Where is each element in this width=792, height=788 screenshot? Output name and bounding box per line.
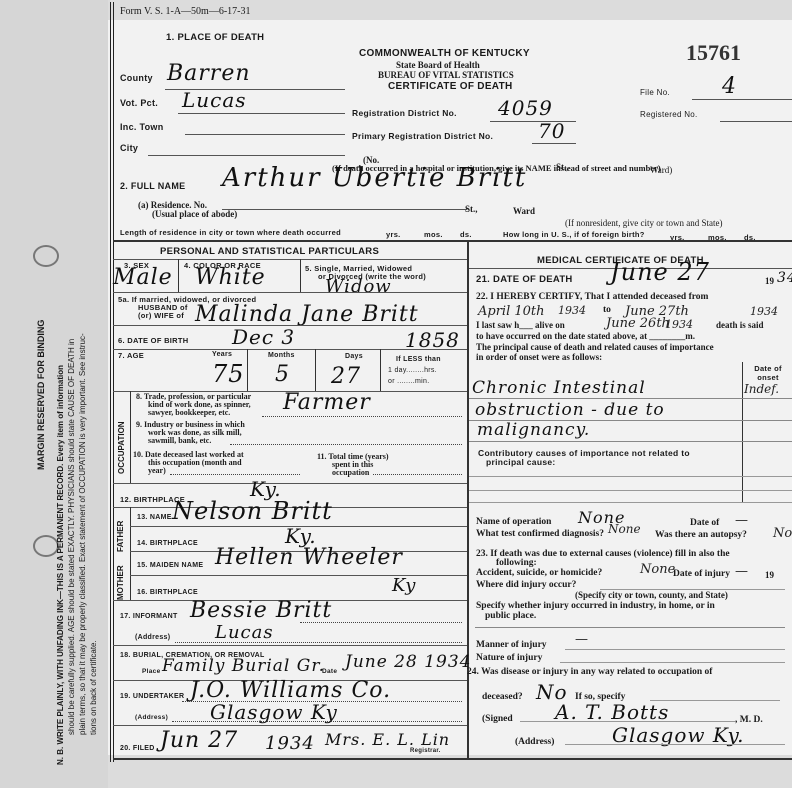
binding-margin-label: MARGIN RESERVED FOR BINDING xyxy=(36,320,46,470)
form-left-border-inner xyxy=(113,2,114,762)
industry-field[interactable] xyxy=(230,444,462,445)
instructions-line-1: N. B. WRITE PLAINLY, WITH UNFADING INK—T… xyxy=(56,365,65,765)
place-of-death-title: 1. PLACE OF DEATH xyxy=(166,32,264,43)
header-commonwealth: COMMONWEALTH OF KENTUCKY xyxy=(359,48,530,59)
injury-year-label: 19 xyxy=(765,570,774,580)
vot-pct-label: Vot. Pct. xyxy=(120,98,158,108)
injury-date-value[interactable]: — xyxy=(735,564,748,579)
date-of-onset-label: Date of onset xyxy=(748,364,788,382)
stamp-number: 15761 xyxy=(686,40,741,66)
manner-label: Manner of injury xyxy=(476,640,547,650)
accident-value[interactable]: None xyxy=(640,562,675,577)
color-value[interactable]: White xyxy=(195,265,266,290)
burial-place-label: Place xyxy=(142,668,161,675)
date-of-death-value[interactable]: June 27 xyxy=(610,258,710,286)
months-label: Months xyxy=(268,352,295,359)
accident-label: Accident, suicide, or homicide? xyxy=(476,568,602,578)
cause-intro-1: The principal cause of death and related… xyxy=(476,342,714,352)
personal-section-title: PERSONAL AND STATISTICAL PARTICULARS xyxy=(160,246,379,257)
length-yrs-label: yrs. xyxy=(386,230,401,239)
file-no-label: File No. xyxy=(640,88,670,97)
header-bureau: BUREAU OF VITAL STATISTICS xyxy=(378,70,514,80)
burial-place-value[interactable]: Family Burial Gr. xyxy=(162,656,325,676)
last-worked-field[interactable] xyxy=(170,474,300,475)
days-label: Days xyxy=(345,353,363,360)
inc-town-label: Inc. Town xyxy=(120,122,164,132)
autopsy-label: Was there an autopsy? xyxy=(655,530,747,540)
total-time-label-3: occupation xyxy=(332,468,369,477)
residence-ward-label: Ward xyxy=(513,206,535,216)
header-board: State Board of Health xyxy=(396,60,480,70)
test-label: What test confirmed diagnosis? xyxy=(476,529,604,539)
attended-from[interactable]: April 10th xyxy=(478,304,545,319)
nonresident-note: (If nonresident, give city or town and S… xyxy=(565,218,722,228)
attended-to-label: to xyxy=(603,305,611,315)
county-value[interactable]: Barren xyxy=(167,61,251,86)
registration-district-label: Registration District No. xyxy=(352,108,457,118)
operation-date-value[interactable]: — xyxy=(735,513,748,528)
specify-label-2: public place. xyxy=(485,611,536,621)
residence-field[interactable] xyxy=(222,209,467,210)
years-label: Years xyxy=(212,351,232,358)
age-label: 7. AGE xyxy=(118,351,144,360)
father-name-value[interactable]: Nelson Britt xyxy=(172,497,333,525)
operation-date-label: Date of xyxy=(690,518,719,528)
where-sub: (Specify city or town, county, and State… xyxy=(575,590,728,600)
binding-margin: MARGIN RESERVED FOR BINDING N. B. WRITE … xyxy=(0,0,108,788)
undertaker-label: 19. UNDERTAKER xyxy=(120,693,184,700)
father-birthplace-label: 14. BIRTHPLACE xyxy=(137,540,198,547)
physician-address-label: (Address) xyxy=(515,737,554,747)
specify-label-1: Specify whether injury occurred in indus… xyxy=(476,601,715,611)
undertaker-address-label: (Address) xyxy=(135,714,168,721)
foreign-birth-label: How long in U. S., if of foreign birth? xyxy=(503,230,645,239)
city-label: City xyxy=(120,143,138,153)
death-year[interactable]: 34 xyxy=(777,270,792,286)
burial-date-label: Date xyxy=(322,668,337,675)
dob-month-day[interactable]: Dec 3 xyxy=(232,325,295,349)
operation-label: Name of operation xyxy=(476,517,551,527)
attended-from-year[interactable]: 1934 xyxy=(558,304,586,317)
last-saw-value[interactable]: June 26th xyxy=(606,316,670,331)
trade-label-3: sawyer, bookkeeper, etc. xyxy=(148,408,230,417)
cause-line-3[interactable]: malignancy. xyxy=(477,420,590,440)
residence-sub: (Usual place of abode) xyxy=(152,209,237,219)
file-no-value[interactable]: 4 xyxy=(722,74,737,99)
city-field[interactable] xyxy=(148,155,345,156)
marital-value[interactable]: Widow xyxy=(325,276,392,297)
where-label: Where did injury occur? xyxy=(476,580,576,590)
certify-label: 22. I HEREBY CERTIFY, That I attended de… xyxy=(476,292,708,302)
occurred-line: to have occurred on the date stated abov… xyxy=(476,331,695,341)
residence-st-label: St., xyxy=(465,204,478,214)
primary-registration-label: Primary Registration District No. xyxy=(352,131,493,141)
cause-line-1[interactable]: Chronic Intestinal xyxy=(472,378,646,398)
industry-label-3: sawmill, bank, etc. xyxy=(148,436,211,445)
mother-birthplace-label: 16. BIRTHPLACE xyxy=(137,589,198,596)
county-label: County xyxy=(120,73,153,83)
test-value[interactable]: None xyxy=(608,522,641,536)
form-number: Form V. S. 1-A—50m—6-17-31 xyxy=(120,6,250,17)
inc-town-field[interactable] xyxy=(185,134,345,135)
age-days[interactable]: 27 xyxy=(331,364,361,389)
manner-value[interactable]: — xyxy=(575,632,588,647)
instructions-line-2: should be carefully supplied. AGE should… xyxy=(67,339,76,735)
date-of-death-label: 21. DATE OF DEATH xyxy=(476,274,573,285)
header-certificate: CERTIFICATE OF DEATH xyxy=(388,81,513,92)
mother-side-label: MOTHER xyxy=(116,565,125,600)
dob-label: 6. DATE OF BIRTH xyxy=(118,336,189,345)
contributory-field-2[interactable] xyxy=(469,490,792,491)
deceased-label: deceased? xyxy=(482,692,523,702)
length-mos-label: mos. xyxy=(424,230,443,239)
nature-field[interactable] xyxy=(560,662,785,663)
injury-date-label: Date of injury xyxy=(673,569,730,579)
specify-field[interactable] xyxy=(475,627,785,628)
less-label-3: or ........min. xyxy=(388,378,429,385)
form-left-border xyxy=(110,2,111,762)
age-years[interactable]: 75 xyxy=(212,360,245,388)
registrar-name[interactable]: Mrs. E. L. Lin xyxy=(325,730,450,749)
external-label-2: following: xyxy=(496,558,537,568)
punch-hole-top xyxy=(33,245,59,267)
full-name-label: 2. FULL NAME xyxy=(120,181,185,191)
cause-intro-2: in order of onset were as follows: xyxy=(476,352,602,362)
full-name-value[interactable]: Arthur Ubertie Britt xyxy=(222,163,527,193)
trade-value[interactable]: Farmer xyxy=(283,390,371,415)
filed-label: 20. FILED xyxy=(120,745,155,752)
last-saw-label: I last saw h___ alive on xyxy=(476,320,565,330)
spouse-label-3: (or) WIFE of xyxy=(138,311,184,320)
informant-value[interactable]: Bessie Britt xyxy=(190,598,332,623)
filed-date[interactable]: Jun 27 xyxy=(160,728,238,753)
vot-pct-value[interactable]: Lucas xyxy=(182,88,247,112)
registrar-label: Registrar. xyxy=(410,748,441,754)
column-divider xyxy=(467,240,469,760)
length-ds-label: ds. xyxy=(460,230,472,239)
father-side-label: FATHER xyxy=(116,521,125,552)
informant-address-value[interactable]: Lucas xyxy=(215,622,274,643)
less-label-2: 1 day........hrs. xyxy=(388,367,437,374)
registered-no-label: Registered No. xyxy=(640,110,698,119)
primary-registration-value[interactable]: 70 xyxy=(538,119,565,143)
age-months[interactable]: 5 xyxy=(275,362,290,387)
attended-to-year[interactable]: 1934 xyxy=(750,305,778,318)
mother-maiden-label: 15. MAIDEN NAME xyxy=(137,562,203,569)
death-year-prefix: 19 xyxy=(765,276,774,286)
onset-value[interactable]: Indef. xyxy=(744,382,779,396)
nature-label: Nature of injury xyxy=(476,653,542,663)
father-name-label: 13. NAME xyxy=(137,514,172,521)
last-saw-year[interactable]: 1934 xyxy=(665,318,693,331)
mother-birthplace-value[interactable]: Ky xyxy=(392,575,416,596)
last-worked-label-3: year) xyxy=(148,466,166,475)
contributory-field-1[interactable] xyxy=(469,476,792,477)
burial-date-value[interactable]: June 28 1934 xyxy=(345,652,471,672)
instructions-line-3: plain terms, so that it may be properly … xyxy=(78,333,87,735)
total-time-field[interactable] xyxy=(373,474,462,475)
mother-maiden-value[interactable]: Hellen Wheeler xyxy=(215,545,403,570)
registered-no-field[interactable] xyxy=(720,121,792,122)
length-residence-label: Length of residence in city or town wher… xyxy=(120,228,341,237)
cause-line-2[interactable]: obstruction - due to xyxy=(475,400,665,420)
filed-year[interactable]: 1934 xyxy=(265,733,315,754)
less-label-1: If LESS than xyxy=(396,356,441,363)
instructions-line-4: tions on back of certificate. xyxy=(89,640,98,735)
signed-label: (Signed xyxy=(482,714,513,724)
spouse-value[interactable]: Malinda Jane Britt xyxy=(195,302,419,327)
if-so-field[interactable] xyxy=(650,700,780,701)
death-said-label: death is said xyxy=(716,320,764,330)
contributory-label-2: principal cause: xyxy=(486,457,556,467)
informant-address-label: (Address) xyxy=(135,634,170,641)
occupation-related-label: 24. Was disease or injury in any way rel… xyxy=(467,667,712,677)
informant-label: 17. INFORMANT xyxy=(120,613,178,620)
occupation-side-label: OCCUPATION xyxy=(117,421,126,474)
sex-value[interactable]: Male xyxy=(113,265,173,290)
registration-district-value[interactable]: 4059 xyxy=(498,96,553,120)
autopsy-value[interactable]: No xyxy=(773,526,792,541)
